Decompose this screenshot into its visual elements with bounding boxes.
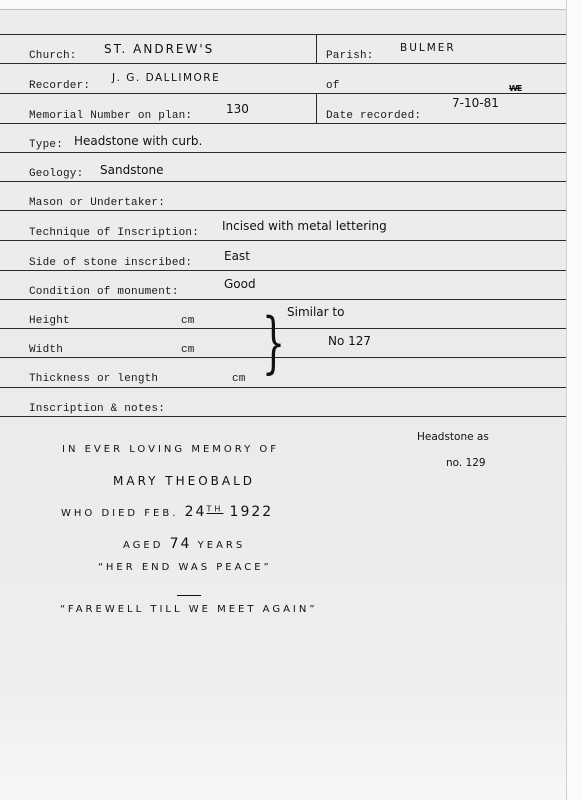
parish-value[interactable]: Bulmer	[400, 42, 456, 54]
inscription-died-suffix: TH	[206, 505, 223, 514]
inscription-aged-value: 74	[170, 536, 192, 552]
inscription-line-4: Aged 74 Years	[123, 536, 245, 552]
of-label: of	[326, 80, 340, 92]
height-unit: cm	[181, 315, 195, 327]
condition-value[interactable]: Good	[224, 277, 256, 291]
dimensions-note-line1[interactable]: Similar to	[287, 305, 344, 319]
thickness-label: Thickness or length	[29, 373, 158, 385]
column-divider	[316, 34, 317, 63]
side-inscribed-label: Side of stone inscribed:	[29, 257, 192, 269]
rule-line	[0, 93, 566, 94]
side-inscribed-value[interactable]: East	[224, 249, 250, 263]
inscription-line-6: “Farewell till we meet again”	[60, 604, 318, 615]
rule-line	[0, 416, 566, 417]
brace-mark: }	[262, 310, 285, 376]
church-value[interactable]: St. Andrew's	[104, 42, 214, 56]
rule-line	[0, 181, 566, 182]
inscription-aged-suffix: Years	[198, 540, 246, 551]
inscription-line-1: In ever loving memory of	[62, 444, 279, 455]
church-label: Church:	[29, 50, 77, 62]
inscription-died-prefix: Who died Feb.	[61, 508, 178, 519]
rule-line	[0, 270, 566, 271]
inscription-separator	[177, 595, 201, 596]
type-label: Type:	[29, 139, 63, 151]
rule-line	[0, 387, 566, 388]
inscription-died-day: 24	[185, 504, 207, 520]
recorder-label: Recorder:	[29, 80, 90, 92]
technique-label: Technique of Inscription:	[29, 227, 199, 239]
inscription-line-3: Who died Feb. 24TH 1922	[61, 504, 273, 520]
record-card: Church: St. Andrew's Parish: Bulmer Reco…	[0, 0, 567, 800]
technique-value[interactable]: Incised with metal lettering	[222, 219, 387, 233]
parish-label: Parish:	[326, 50, 374, 62]
memorial-number-value[interactable]: 130	[226, 102, 249, 116]
inscription-died-year: 1922	[230, 504, 274, 520]
rule-line	[0, 210, 566, 211]
date-recorded-value[interactable]: 7-10-81	[452, 96, 499, 110]
date-recorded-label: Date recorded:	[326, 110, 421, 122]
side-note-line2: no. 129	[446, 457, 486, 469]
rule-line	[0, 63, 566, 64]
rule-line	[0, 34, 566, 35]
mason-label: Mason or Undertaker:	[29, 197, 165, 209]
side-note-line1: Headstone as	[417, 431, 489, 443]
memorial-number-label: Memorial Number on plan:	[29, 110, 192, 122]
rule-line	[0, 123, 566, 124]
rule-line	[0, 152, 566, 153]
inscription-line-5: “Her end was peace”	[98, 562, 272, 573]
type-value[interactable]: Headstone with curb.	[74, 134, 202, 148]
rule-line	[0, 240, 566, 241]
geology-label: Geology:	[29, 168, 83, 180]
inscription-aged-prefix: Aged	[123, 540, 163, 551]
thickness-unit: cm	[232, 373, 246, 385]
rule-line	[0, 299, 566, 300]
width-label: Width	[29, 344, 63, 356]
dimensions-note-line2[interactable]: No 127	[328, 334, 371, 348]
inscription-label: Inscription & notes:	[29, 403, 165, 415]
card-top-edge	[0, 0, 566, 10]
width-unit: cm	[181, 344, 195, 356]
of-value-struck[interactable]: WE	[509, 84, 521, 93]
height-label: Height	[29, 315, 70, 327]
column-divider	[316, 93, 317, 123]
inscription-line-2: Mary Theobald	[113, 474, 255, 488]
condition-label: Condition of monument:	[29, 286, 179, 298]
recorder-value[interactable]: J. G. Dallimore	[112, 72, 220, 84]
geology-value[interactable]: Sandstone	[100, 163, 163, 177]
